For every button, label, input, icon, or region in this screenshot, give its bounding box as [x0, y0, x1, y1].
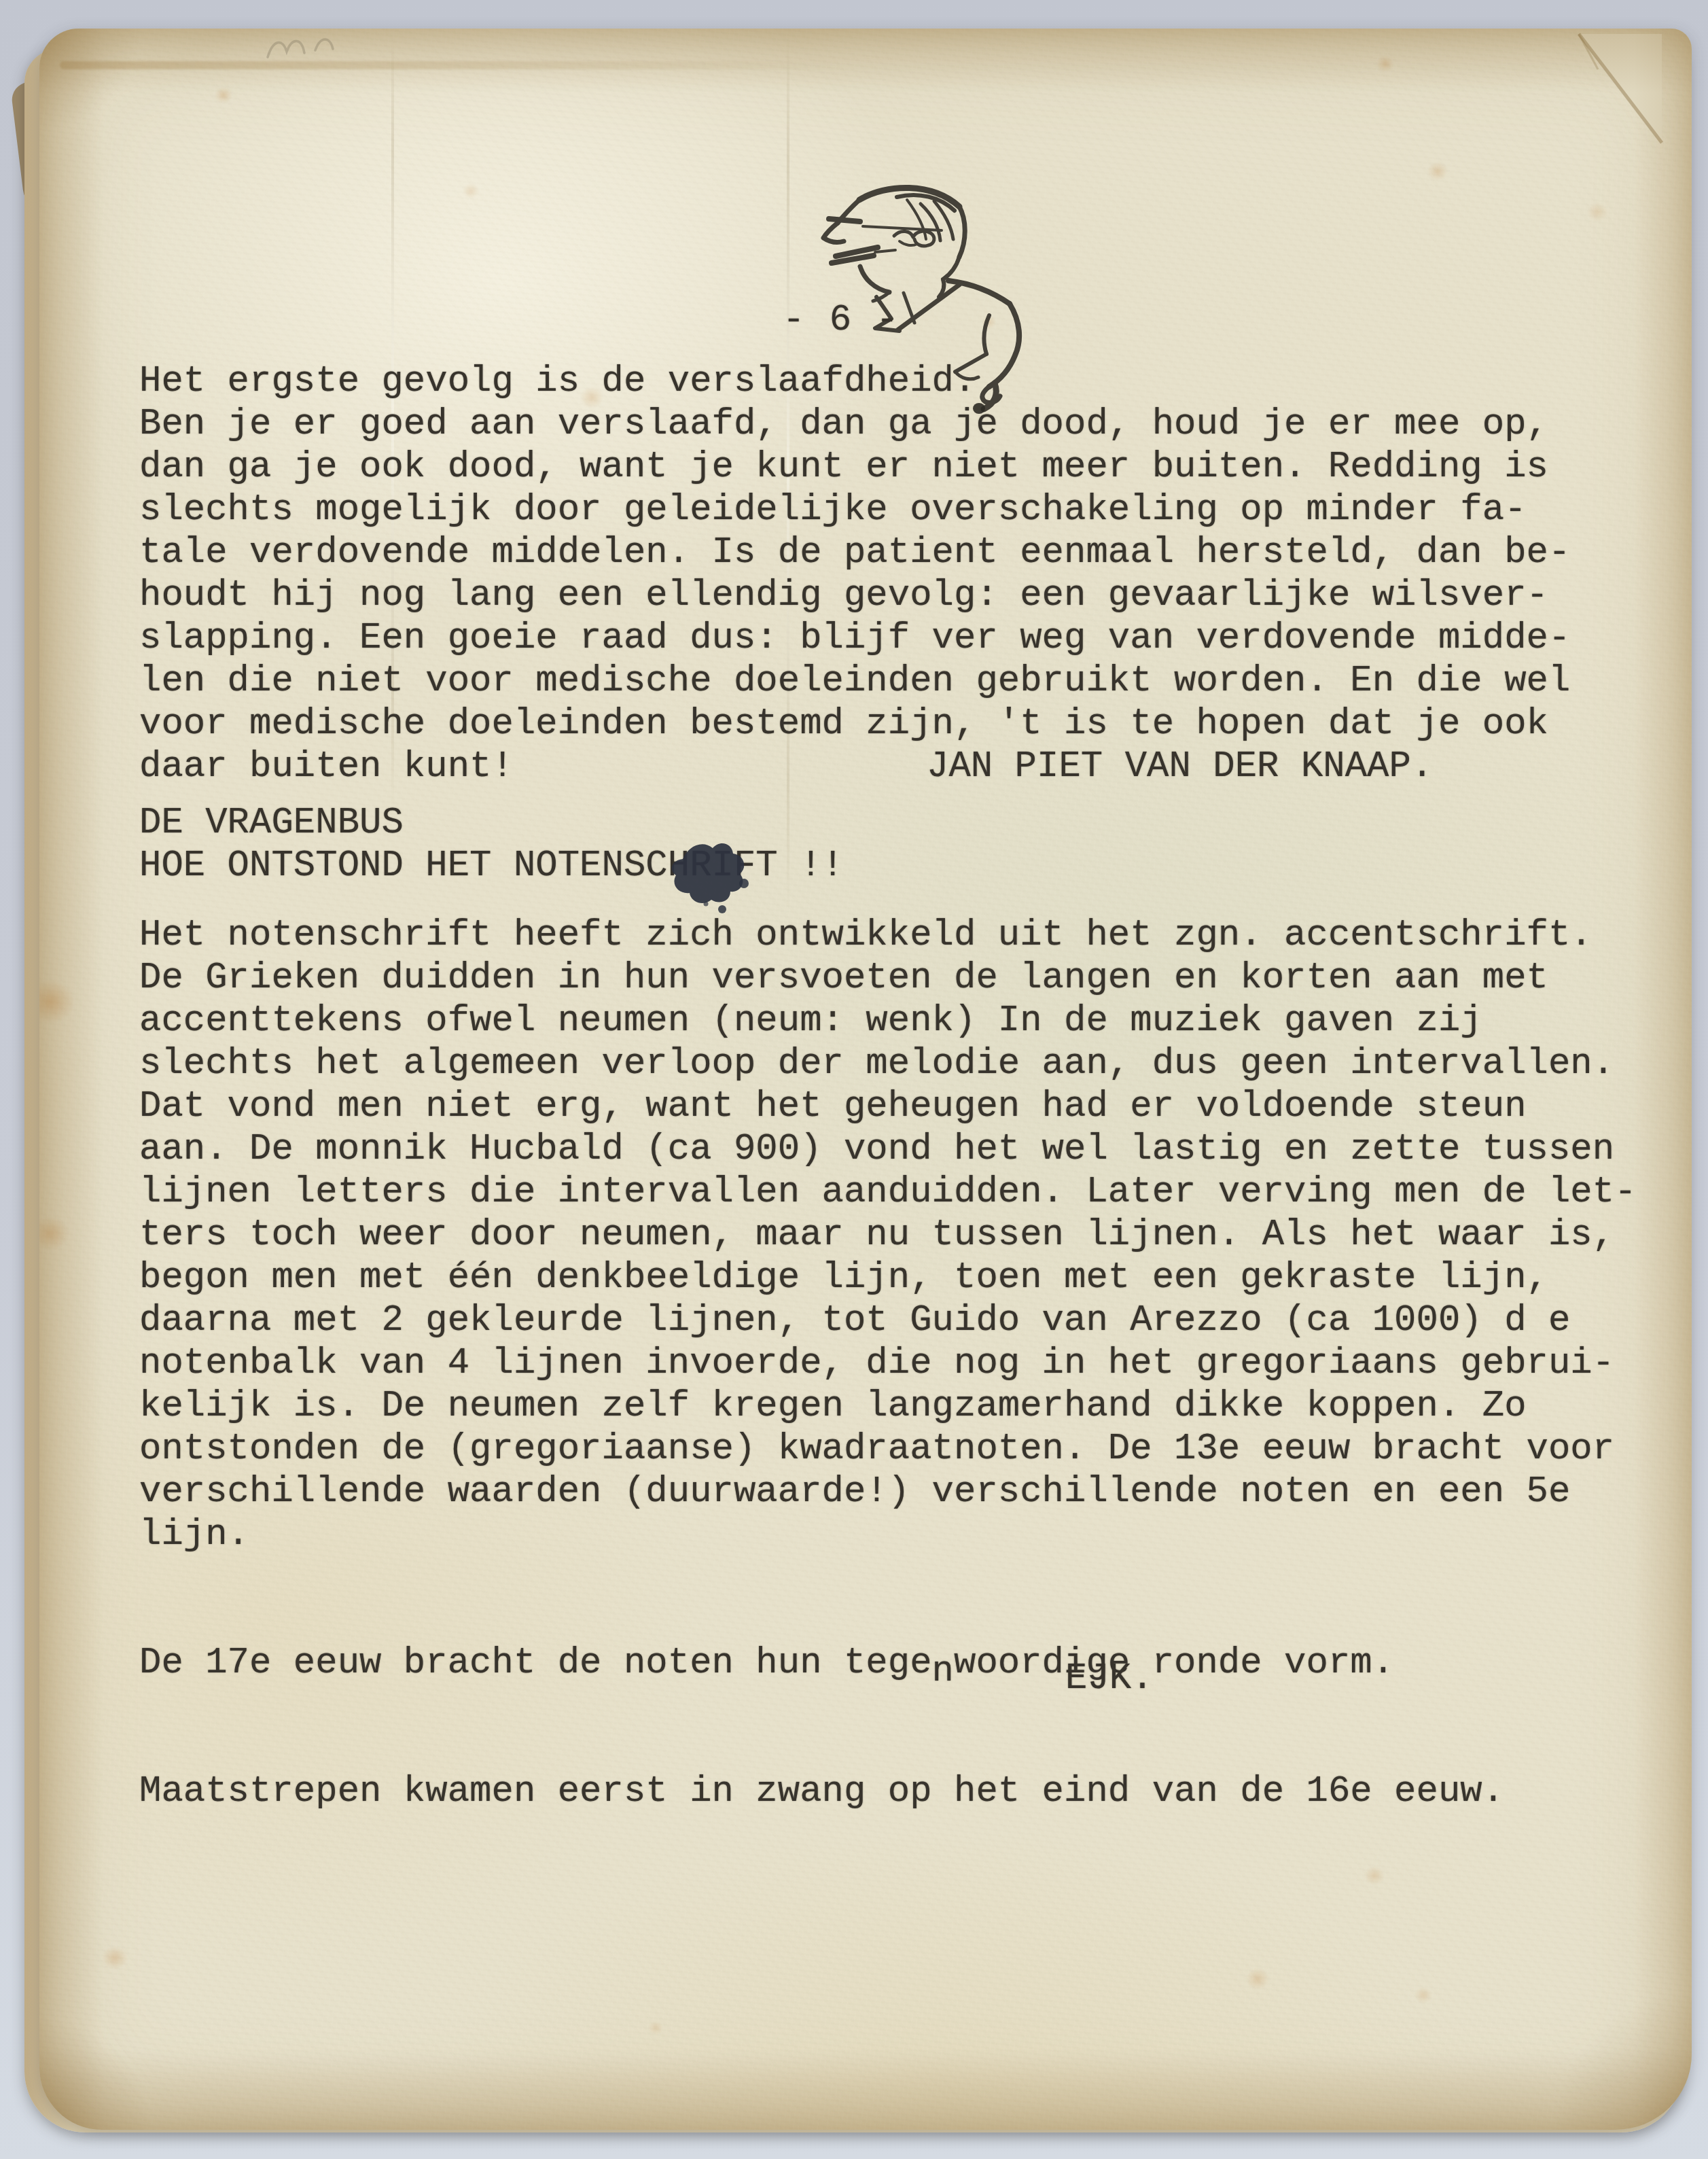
top-edge-wear: [60, 61, 841, 69]
foxing-stain: [1415, 1987, 1432, 2003]
foxing-stain: [1587, 203, 1607, 222]
foxing-stain: [102, 1946, 128, 1969]
closing-line-1: De 17e eeuw bracht de noten hun tegenwoo…: [139, 1642, 1504, 1685]
closing-lines: De 17e eeuw bracht de noten hun tegenwoo…: [139, 1556, 1504, 1899]
page-number: - 6 -: [783, 299, 900, 342]
foxing-stain: [39, 980, 75, 1023]
foxing-stain: [1427, 162, 1448, 181]
closing-after: woordige ronde vorm.: [954, 1643, 1394, 1684]
foxing-stain: [215, 87, 232, 103]
signature-jan-piet: JAN PIET VAN DER KNAAP.: [927, 745, 1433, 788]
article-paragraph: Het notenschrift heeft zich ontwikkeld u…: [139, 914, 1637, 1556]
dog-ear-fold: [1575, 30, 1666, 147]
foxing-stain: [463, 183, 479, 198]
closing-before: De 17e eeuw bracht de noten hun tege: [139, 1643, 932, 1684]
foxing-stain: [39, 1216, 69, 1250]
foxing-stain: [648, 2021, 663, 2035]
document-page: - 6 - Het ergste gevolg is de verslaafdh…: [39, 29, 1692, 2130]
intro-paragraph: Het ergste gevolg is de verslaafdheid. B…: [139, 360, 1570, 788]
author-initials: EJK.: [1065, 1657, 1154, 1700]
section-heading-vragenbus: DE VRAGENBUS: [139, 802, 404, 845]
foxing-stain: [1376, 56, 1394, 72]
scanned-document-photo: { "page": { "number_label": "- 6 -", "co…: [0, 0, 1708, 2159]
pencil-mark: [258, 29, 353, 72]
subscript-n: n: [932, 1651, 954, 1692]
foxing-stain: [1246, 1968, 1269, 1990]
closing-line-2: Maatstrepen kwamen eerst in zwang op het…: [139, 1770, 1504, 1813]
